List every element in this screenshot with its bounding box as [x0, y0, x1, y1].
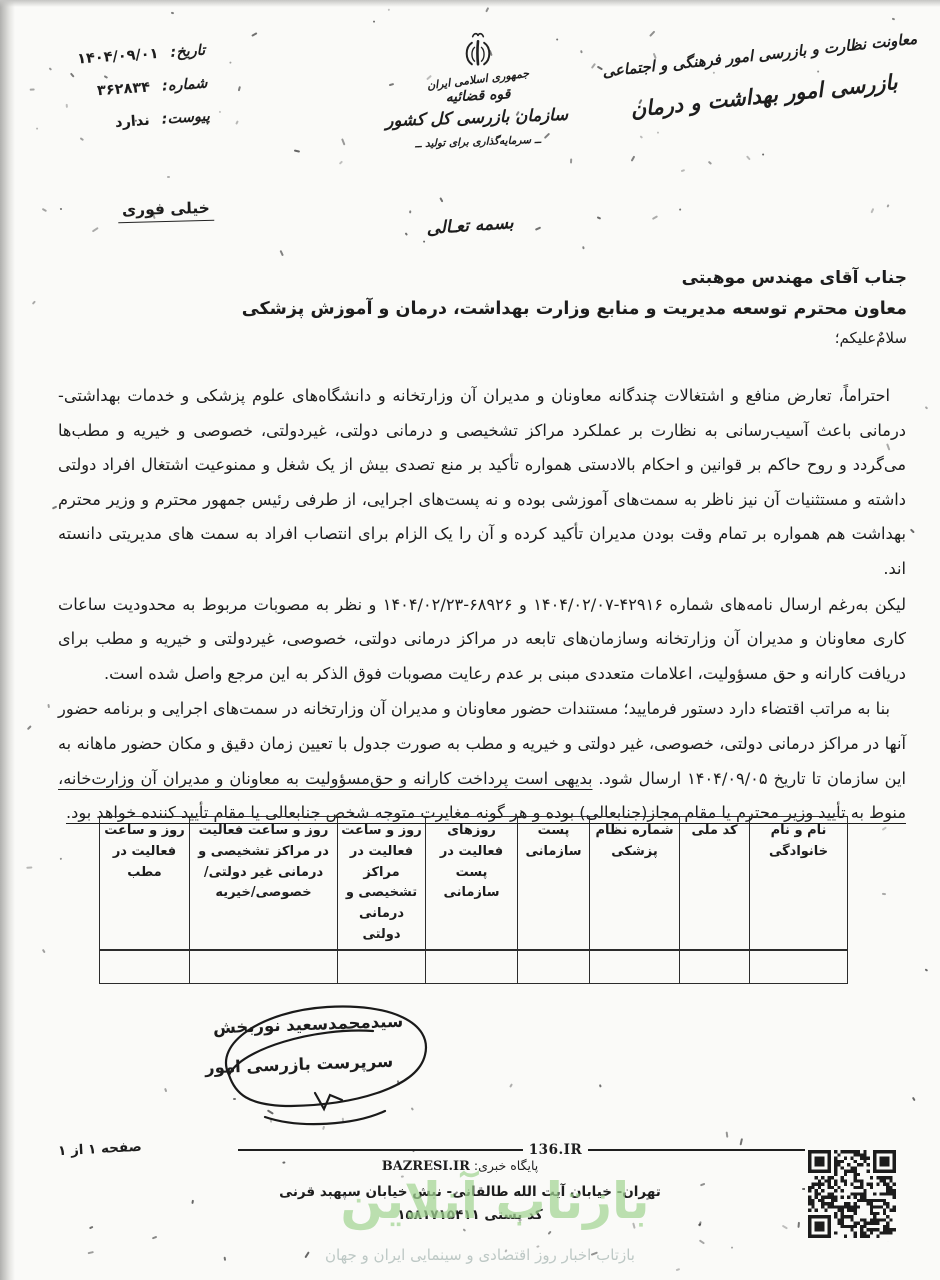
- noise-speck: [680, 169, 684, 172]
- org-line-inspection: سازمان بازرسی کل کشور: [388, 105, 569, 130]
- col-public-centers: روز و ساعت فعالیت در مراکز تشخیصی و درما…: [338, 817, 426, 950]
- col-full-name: نام و نام خانوادگی: [750, 817, 848, 950]
- rule-line: [238, 1149, 523, 1152]
- noise-speck: [439, 197, 443, 202]
- noise-speck: [339, 161, 343, 165]
- noise-speck: [89, 1226, 94, 1229]
- footer-rule: 136.IR: [238, 1142, 873, 1158]
- paragraph-3: بنا به مراتب اقتضاء دارد دستور فرمایید؛ …: [58, 692, 906, 830]
- noise-speck: [388, 9, 390, 12]
- noise-speck: [342, 138, 346, 145]
- number-label: شماره:: [162, 76, 208, 95]
- watermark-subtitle: بازتاب اخبار روز اقتصادی و سینمایی ایران…: [240, 1246, 720, 1264]
- date-value: ۱۴۰۴/۰۹/۰۱: [77, 46, 159, 68]
- empty-cell: [190, 950, 338, 984]
- year-slogan: ــ سرمایه‌گذاری برای تولید ــ: [388, 133, 568, 151]
- iran-emblem-icon: [455, 28, 501, 76]
- noise-speck: [597, 216, 601, 219]
- noise-speck: [892, 17, 895, 19]
- letter-meta: تاریخ: ۱۴۰۴/۰۹/۰۱ شماره: ۳۶۲۸۳۴ پیوست: ن…: [19, 40, 211, 152]
- noise-speck: [42, 208, 47, 212]
- noise-speck: [871, 208, 875, 213]
- empty-cell: [338, 950, 426, 984]
- noise-speck: [762, 153, 764, 156]
- noise-speck: [726, 1132, 728, 1139]
- noise-speck: [92, 227, 99, 232]
- noise-speck: [51, 506, 56, 510]
- noise-speck: [887, 205, 890, 208]
- noise-speck: [235, 120, 238, 125]
- attachment-label: پیوست:: [161, 108, 210, 127]
- noise-speck: [294, 150, 300, 153]
- noise-speck: [48, 704, 50, 708]
- scanned-letter-page: تاریخ: ۱۴۰۴/۰۹/۰۱ شماره: ۳۶۲۸۳۴ پیوست: ن…: [0, 0, 940, 1280]
- empty-cell: [750, 950, 848, 984]
- noise-speck: [798, 1222, 800, 1228]
- noise-speck: [32, 300, 36, 304]
- noise-speck: [580, 50, 582, 54]
- noise-speck: [251, 32, 257, 37]
- recipient-block: جناب آقای مهندس موهبتی معاون محترم توسعه…: [242, 268, 907, 347]
- col-days-in-post: روزهای فعالیت در پست سازمانی: [426, 817, 518, 950]
- scan-edge-top: [0, 0, 940, 7]
- noise-speck: [548, 1231, 552, 1235]
- noise-speck: [731, 1247, 733, 1249]
- noise-speck: [925, 406, 929, 410]
- noise-speck: [699, 1239, 705, 1244]
- empty-cell: [680, 950, 750, 984]
- qr-code: [805, 1147, 899, 1241]
- noise-speck: [675, 1269, 679, 1272]
- paragraph-2: لیکن به‌رغم ارسال نامه‌های شماره ۴۲۹۱۶-۱…: [58, 588, 906, 692]
- noise-speck: [42, 949, 45, 953]
- noise-speck: [171, 12, 174, 14]
- empty-cell: [426, 950, 518, 984]
- urgency-stamp: خیلی فوری: [118, 199, 214, 224]
- meta-date-row: تاریخ: ۱۴۰۴/۰۹/۰۱: [19, 40, 206, 72]
- noise-speck: [583, 246, 585, 250]
- noise-speck: [509, 1083, 513, 1087]
- noise-speck: [409, 211, 411, 214]
- noise-speck: [708, 161, 712, 165]
- schedule-table: نام و نام خانوادگی کد ملی شماره نظام پزش…: [99, 816, 848, 984]
- noise-speck: [281, 1162, 285, 1164]
- paragraph-1: احتراماً، تعارض منافع و اشتغالات چندگانه…: [58, 379, 906, 587]
- col-national-id: کد ملی: [680, 817, 750, 950]
- noise-speck: [26, 867, 32, 869]
- col-private-centers: روز و ساعت فعالیت در مراکز تشخیصی و درما…: [190, 817, 338, 950]
- news-label: پایگاه خبری:: [474, 1158, 538, 1173]
- noise-speck: [423, 241, 425, 243]
- scan-edge-left: [0, 0, 15, 1280]
- noise-speck: [191, 1200, 193, 1204]
- meta-number-row: شماره: ۳۶۲۸۳۴: [21, 73, 208, 105]
- noise-speck: [640, 135, 643, 138]
- letterhead-center: جمهوری اسلامی ایران قوه قضائیه سازمان با…: [388, 28, 568, 148]
- watermark-title: بازتاب آنلاین: [280, 1172, 710, 1230]
- empty-cell: [590, 950, 680, 984]
- table-header-row: نام و نام خانوادگی کد ملی شماره نظام پزش…: [100, 817, 848, 950]
- empty-cell: [518, 950, 590, 984]
- basmala: بسمه تعـالی: [399, 211, 540, 241]
- number-value: ۳۶۲۸۳۴: [97, 80, 151, 100]
- salutation: سلامٌ‌علیکم؛: [242, 329, 907, 347]
- page-number: صفحه ۱ از ۱: [58, 1139, 142, 1159]
- noise-speck: [167, 176, 170, 178]
- noise-speck: [60, 858, 63, 861]
- col-office-hours: روز و ساعت فعالیت در مطب: [100, 817, 190, 950]
- noise-speck: [570, 159, 572, 164]
- noise-speck: [631, 156, 635, 162]
- noise-speck: [60, 208, 62, 210]
- noise-speck: [782, 1225, 788, 1229]
- table-empty-row: [100, 950, 848, 984]
- portal-label: 136.IR: [523, 1142, 588, 1158]
- empty-cell: [100, 950, 190, 984]
- noise-speck: [746, 155, 751, 160]
- noise-speck: [219, 111, 222, 113]
- noise-speck: [27, 725, 32, 730]
- meta-attachment-row: پیوست: ندارد: [23, 105, 210, 137]
- noise-speck: [224, 1256, 226, 1260]
- col-medical-council-no: شماره نظام پزشکی: [590, 817, 680, 950]
- noise-speck: [165, 1088, 168, 1092]
- noise-speck: [88, 1252, 94, 1255]
- attachment-value: ندارد: [115, 113, 151, 131]
- date-label: تاریخ:: [170, 43, 206, 61]
- noise-speck: [151, 1236, 156, 1239]
- signature-block: سیدمحمدسعید نوربخش سرپرست بازرسی امور: [195, 993, 455, 1133]
- noise-speck: [650, 31, 656, 37]
- recipient-name: جناب آقای مهندس موهبتی: [242, 268, 907, 288]
- noise-speck: [373, 21, 375, 24]
- noise-speck: [925, 968, 928, 971]
- noise-speck: [486, 7, 490, 12]
- noise-speck: [910, 528, 915, 533]
- noise-speck: [238, 86, 241, 91]
- recipient-title: معاون محترم توسعه مدیریت و منابع وزارت ب…: [242, 299, 907, 319]
- letter-body: احتراماً، تعارض منافع و اشتغالات چندگانه…: [58, 379, 906, 832]
- noise-speck: [280, 250, 284, 256]
- noise-speck: [652, 216, 658, 220]
- noise-speck: [657, 132, 659, 135]
- noise-speck: [882, 893, 886, 895]
- noise-speck: [229, 62, 231, 64]
- noise-speck: [913, 1096, 916, 1100]
- noise-speck: [600, 1084, 602, 1087]
- letterhead-right: معاونت نظارت و بازرسی امور فرهنگی و اجتم…: [586, 28, 939, 126]
- col-org-post: پست سازمانی: [518, 817, 590, 950]
- noise-speck: [679, 209, 682, 211]
